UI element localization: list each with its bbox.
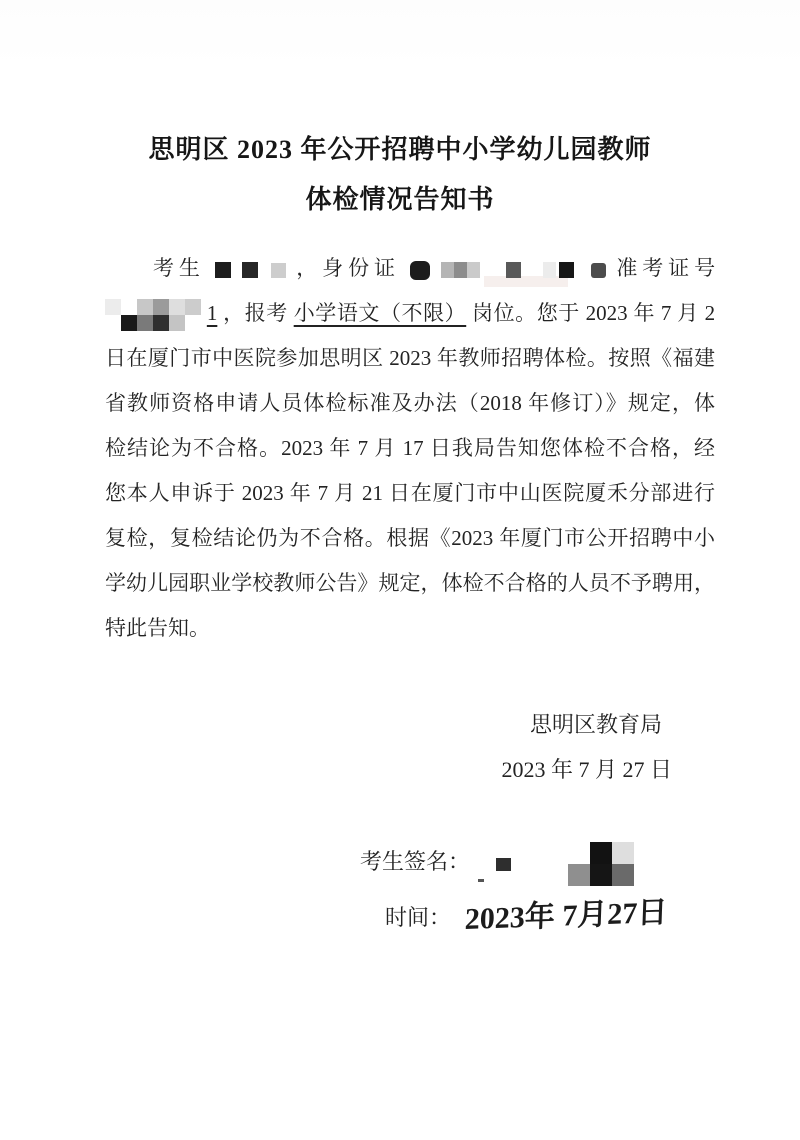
body-line-9: 特此告知。 [105, 606, 715, 651]
redacted-signature-mosaic [568, 842, 634, 886]
time-row: 时间： 2023年 7月27日 [0, 894, 800, 938]
body-line-7: 复检，复检结论仍为不合格。根据《2023 年厦门市公开招聘中小 [105, 516, 715, 561]
document-page: 思明区 2023 年公开招聘中小学幼儿园教师 体检情况告知书 考生 ，身份证 准… [0, 0, 800, 1140]
issue-date: 2023 年 7 月 27 日 [0, 752, 800, 788]
body-line-2: 1 ，报考 小学语文（不限） 岗位。您于 2023 年 7 月 2 [105, 291, 715, 336]
signature-label: 考生签名： [360, 849, 470, 874]
body-line-3: 日在厦门市中医院参加思明区 2023 年教师招聘体检。按照《福建 [105, 336, 715, 381]
redacted-signature-dot [496, 858, 511, 871]
body-line-1: 考生 ，身份证 准考证号 [105, 246, 715, 291]
doc-title-line1: 思明区 2023 年公开招聘中小学幼儿园教师 [0, 132, 800, 168]
redacted-examno-mosaic [105, 299, 201, 331]
line1-id-label: ，身份证 [296, 256, 400, 280]
issuing-authority: 思明区教育局 [0, 707, 800, 743]
body-line-4: 省教师资格申请人员体检标准及办法（2018 年修订）》规定，体 [105, 381, 715, 426]
handwritten-date: 2023年 7月27日 [464, 887, 668, 938]
time-label: 时间： [385, 901, 451, 932]
line1-examno-label: 准考证号 [616, 256, 715, 280]
body-line-5: 检结论为不合格。2023 年 7 月 17 日我局告知您体检不合格，经 [105, 426, 715, 471]
redacted-id-blocks [410, 254, 606, 287]
doc-body: 考生 ，身份证 准考证号 1 ，报考 小学语文（不限） 岗位。您于 2023 年… [0, 246, 800, 651]
redacted-name-blocks [215, 262, 286, 278]
body-line-8: 学幼儿园职业学校教师公告》规定，体检不合格的人员不予聘用， [105, 561, 715, 606]
line1-lead-text: 考生 [153, 256, 205, 280]
line2-apply-text: ，报考 [223, 301, 288, 325]
examno-tail-digit: 1 [207, 301, 218, 325]
doc-title-line2: 体检情况告知书 [0, 182, 800, 218]
body-line-6: 您本人申诉于 2023 年 7 月 21 日在厦门市中山医院厦禾分部进行 [105, 471, 715, 516]
signature-row: 考生签名： [0, 842, 800, 886]
signature-dot-mark [478, 879, 484, 882]
position-name-underlined: 小学语文（不限） [294, 301, 467, 325]
line2-rest-text: 岗位。您于 2023 年 7 月 2 [472, 301, 715, 325]
